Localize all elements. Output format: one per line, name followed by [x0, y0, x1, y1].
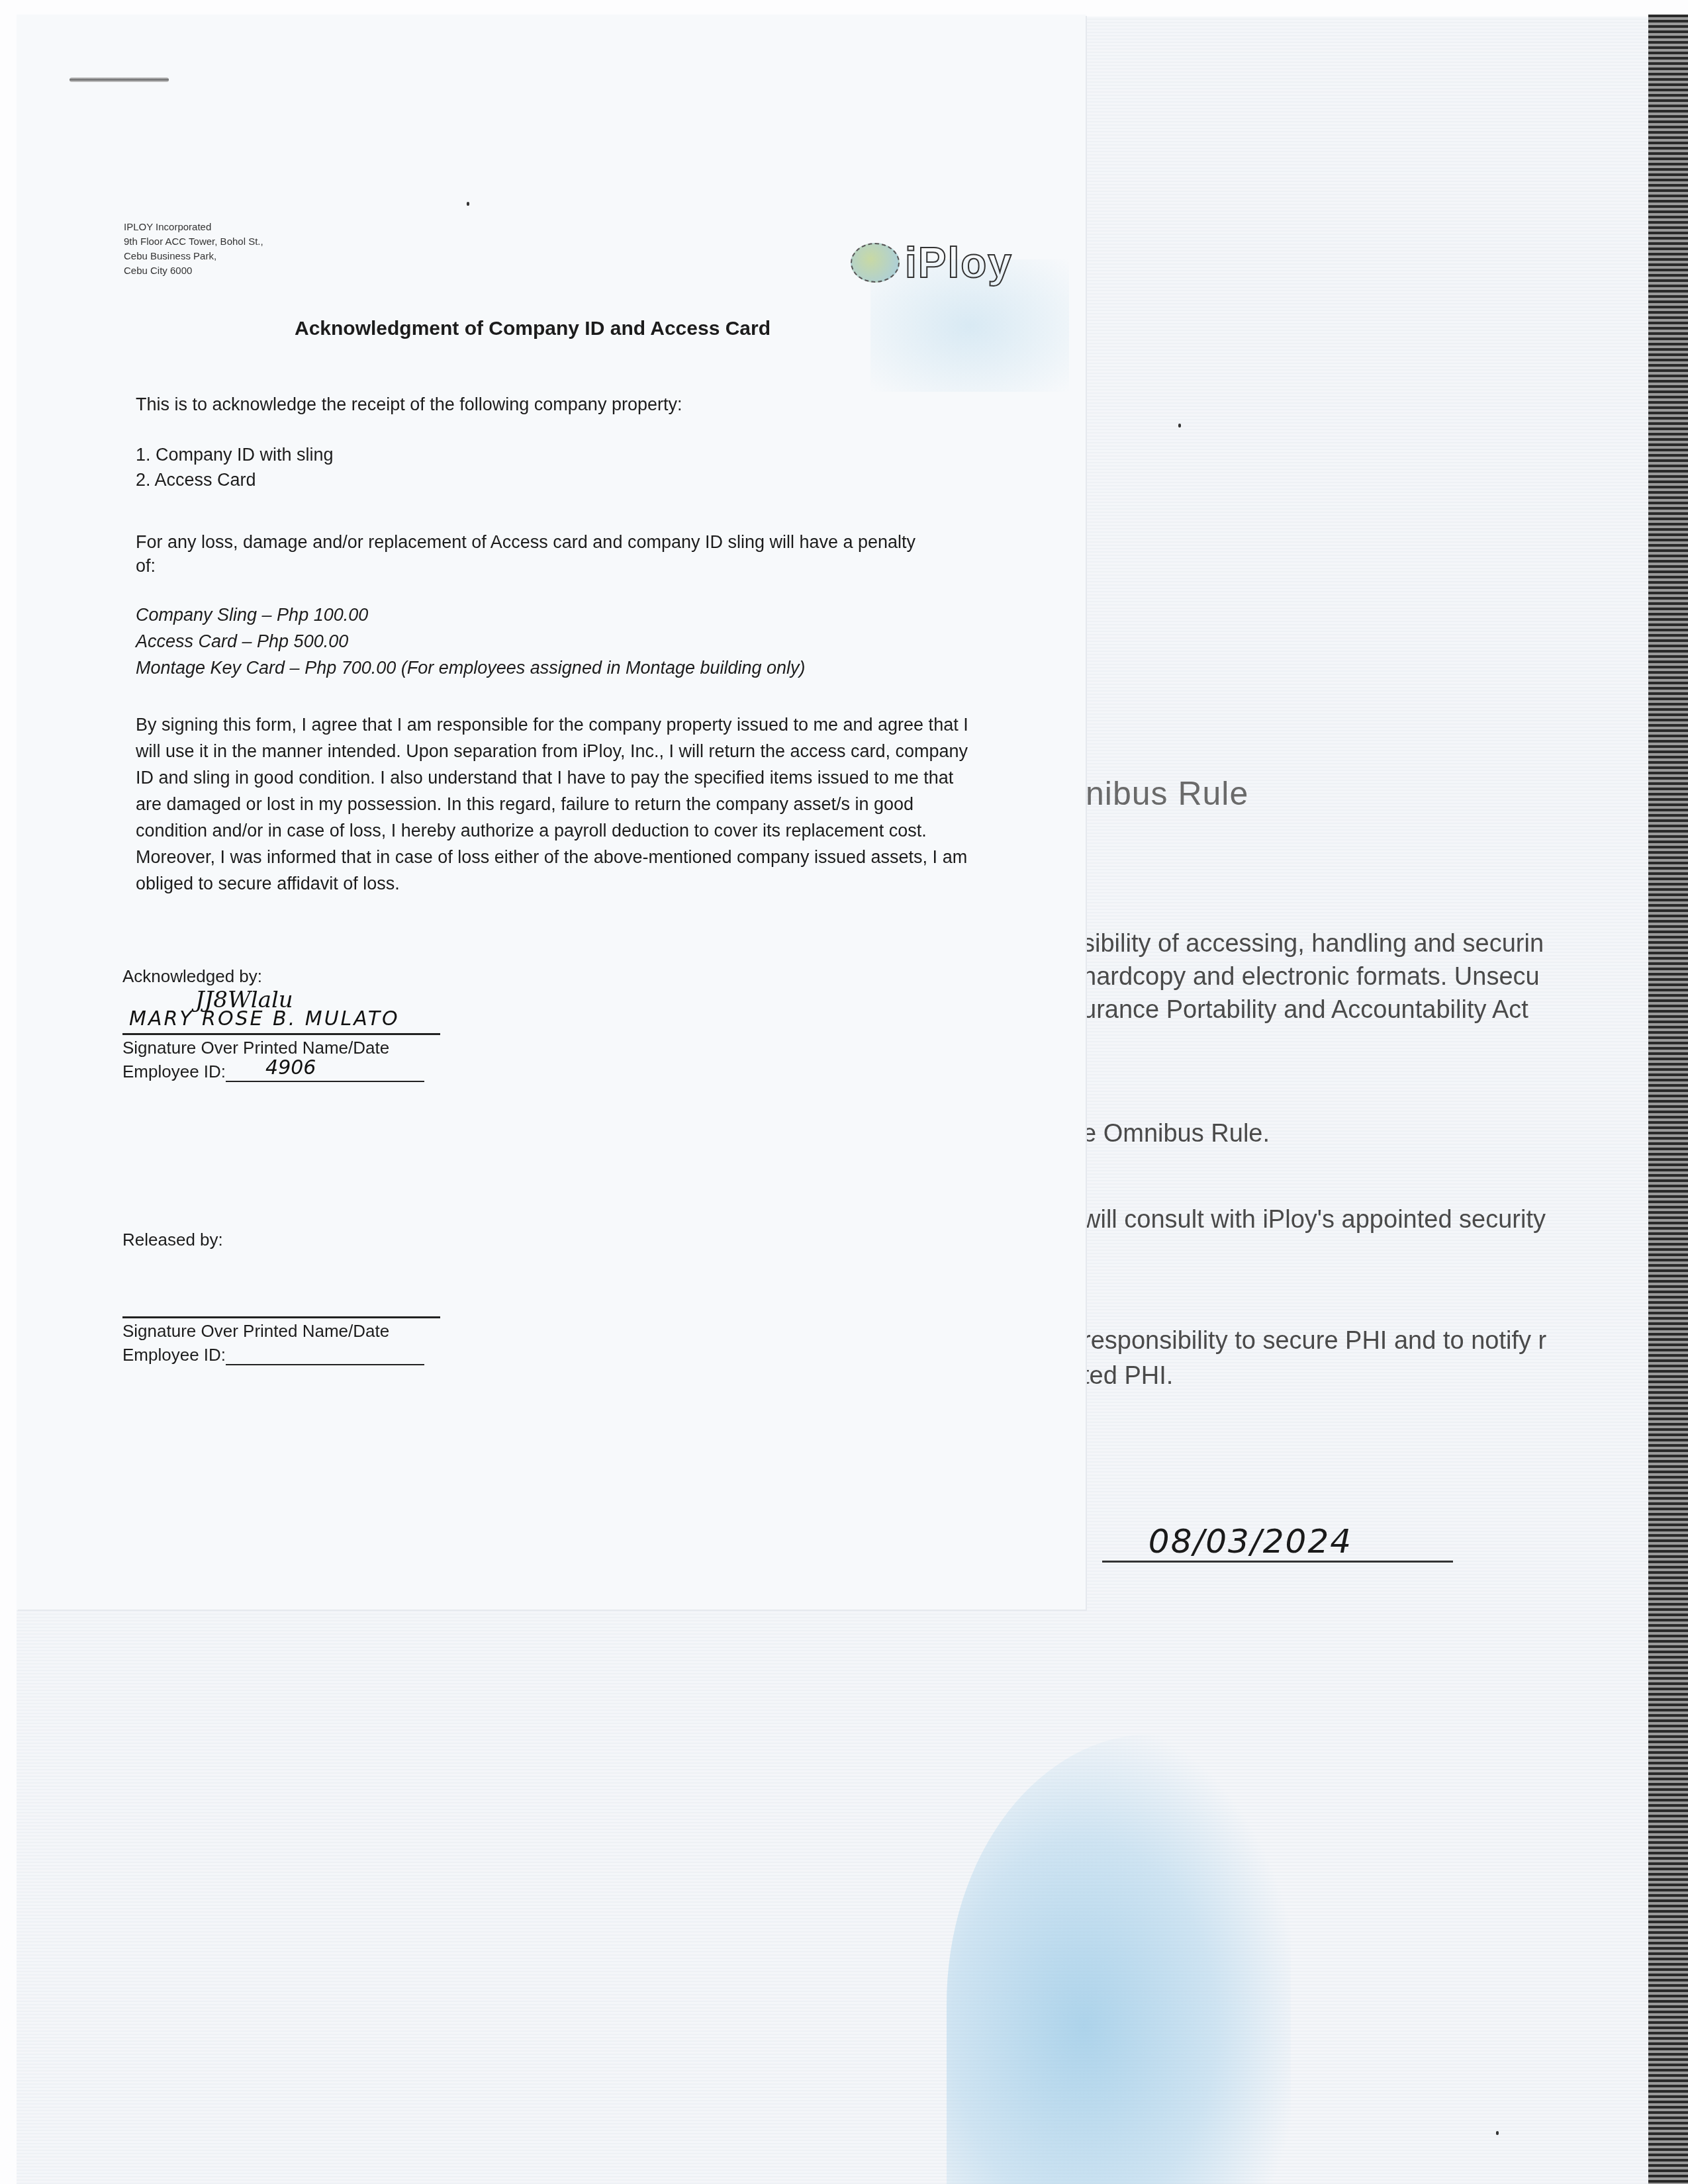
back-page-line: urance Portability and Accountability Ac… — [1082, 996, 1528, 1024]
agreement-paragraph: By signing this form, I agree that I am … — [136, 711, 970, 897]
released-label: Released by: — [122, 1230, 440, 1250]
released-signature-line — [122, 1250, 440, 1318]
signature-caption: Signature Over Printed Name/Date — [122, 1038, 440, 1058]
back-page-line: will consult with iPloy's appointed secu… — [1082, 1206, 1546, 1234]
employee-id-label: Employee ID: — [122, 1062, 226, 1082]
acknowledged-block: Acknowledged by: JJ8Wlalu MARY ROSE B. M… — [122, 966, 440, 1082]
company-address: IPLOY Incorporated 9th Floor ACC Tower, … — [124, 220, 263, 279]
acknowledged-label: Acknowledged by: — [122, 966, 440, 987]
printed-name-handwritten: MARY ROSE B. MULATO — [129, 1007, 400, 1030]
company-logo: iPloy — [851, 238, 1013, 287]
back-page-line: e Omnibus Rule. — [1082, 1120, 1270, 1148]
logo-text: iPloy — [905, 238, 1013, 287]
employee-id-label: Employee ID: — [122, 1345, 226, 1365]
employee-id-value: 4906 — [265, 1056, 316, 1079]
staple-icon — [70, 77, 169, 82]
acknowledged-signature-line: JJ8Wlalu MARY ROSE B. MULATO — [122, 987, 440, 1035]
penalty-item: Montage Key Card – Php 700.00 (For emplo… — [136, 655, 806, 680]
released-block: Released by: Signature Over Printed Name… — [122, 1230, 440, 1365]
date-field: ate 08/03/2024 — [1053, 1522, 1453, 1563]
scanner-edge-strip — [1648, 15, 1688, 2184]
dust-speck — [1496, 2131, 1499, 2135]
address-line: Cebu City 6000 — [124, 264, 263, 279]
penalty-intro-cont: of: — [136, 553, 156, 578]
dust-speck — [1178, 424, 1181, 428]
back-page-line: ted PHI. — [1082, 1362, 1173, 1390]
back-page-line: sibility of accessing, handling and secu… — [1082, 930, 1544, 958]
employee-id-row: Employee ID: — [122, 1342, 440, 1365]
address-line: Cebu Business Park, — [124, 250, 263, 264]
penalty-intro: For any loss, damage and/or replacement … — [136, 529, 915, 555]
address-line: IPLOY Incorporated — [124, 220, 263, 235]
back-page-line: responsibility to secure PHI and to noti… — [1082, 1327, 1546, 1355]
property-item: 2. Access Card — [136, 467, 256, 492]
document-title: Acknowledgment of Company ID and Access … — [295, 318, 771, 340]
employee-id-row: Employee ID: 4906 — [122, 1058, 440, 1082]
dust-speck — [467, 202, 469, 206]
back-page-title: nibus Rule — [1086, 774, 1248, 813]
back-page-line: hardcopy and electronic formats. Unsecu — [1082, 963, 1540, 991]
penalty-item: Access Card – Php 500.00 — [136, 629, 348, 654]
address-line: 9th Floor ACC Tower, Bohol St., — [124, 235, 263, 250]
intro-text: This is to acknowledge the receipt of th… — [136, 392, 682, 417]
employee-id-field — [226, 1342, 424, 1365]
date-value: 08/03/2024 — [1102, 1522, 1453, 1563]
property-item: 1. Company ID with sling — [136, 442, 334, 467]
signature-caption: Signature Over Printed Name/Date — [122, 1321, 440, 1342]
employee-id-field: 4906 — [226, 1058, 424, 1082]
penalty-item: Company Sling – Php 100.00 — [136, 602, 368, 627]
logo-globe-icon — [851, 243, 900, 283]
